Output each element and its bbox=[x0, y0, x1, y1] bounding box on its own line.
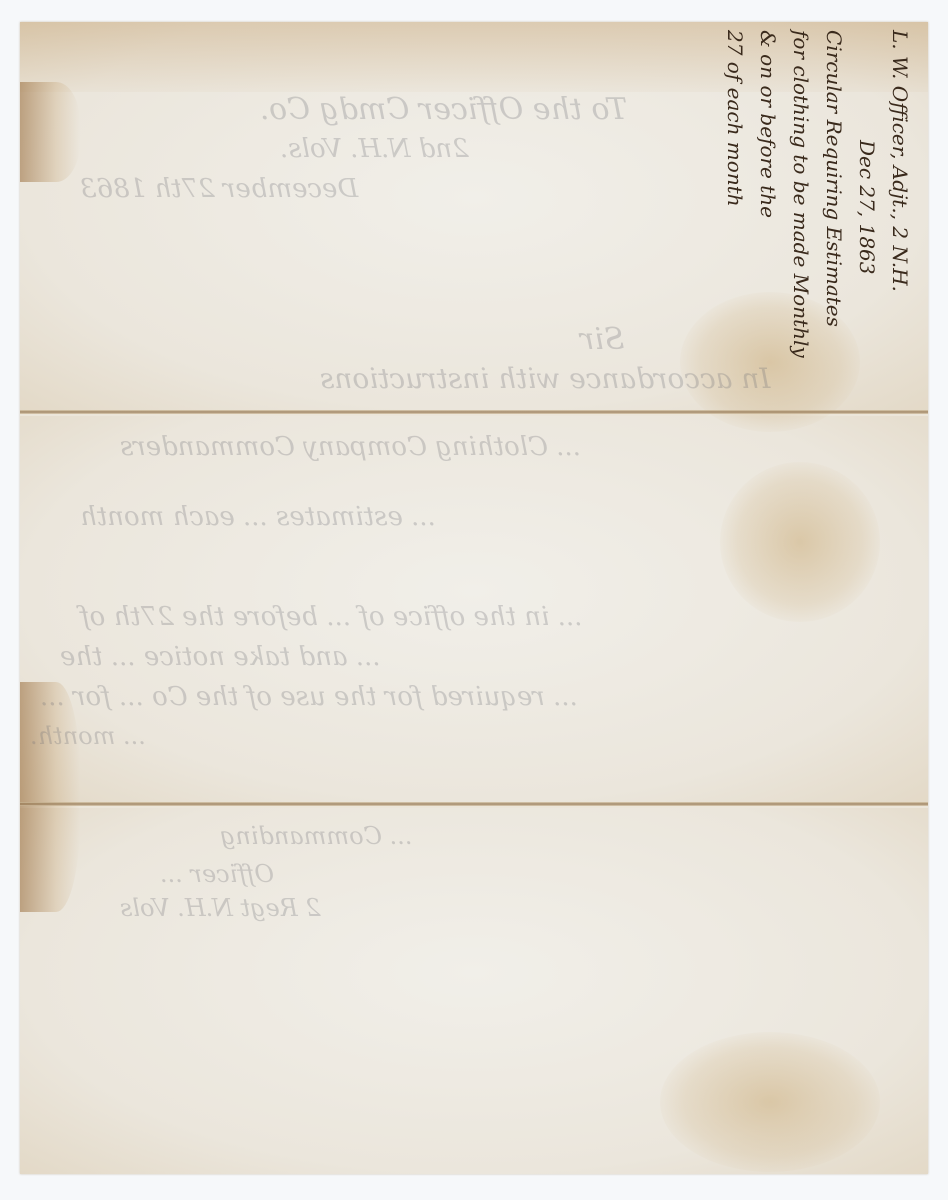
bleed-body: ... required for the use of the Co ... f… bbox=[40, 682, 578, 712]
docket-line: Circular Requiring Estimates bbox=[817, 30, 850, 390]
fold-line bbox=[20, 802, 928, 806]
docket-line: L. W. Officer, Adjt., 2 N.H. bbox=[883, 30, 916, 390]
bleed-signature: Officer ... bbox=[160, 860, 274, 888]
docket-line: & on or before the bbox=[751, 30, 784, 390]
left-edge-stain bbox=[20, 82, 80, 182]
fold-line bbox=[20, 410, 928, 414]
water-stain bbox=[720, 462, 880, 622]
docket-line: for clothing to be made Monthly bbox=[784, 30, 817, 390]
bleed-body: ... and take notice ... the bbox=[60, 642, 381, 672]
bleed-signature: ... Commanding bbox=[220, 822, 412, 850]
bleed-heading: To the Officer Cmdg Co. bbox=[260, 92, 627, 127]
bleed-body: ... estimates ... each month bbox=[80, 502, 436, 532]
bleed-signature: 2 Regt N.H. Vols bbox=[120, 894, 321, 922]
bleed-body: ... Clothing Company Commanders bbox=[120, 432, 581, 462]
bleed-heading: December 27th 1863 bbox=[80, 174, 358, 204]
bleed-body: Sir bbox=[580, 322, 625, 357]
docket-annotation: L. W. Officer, Adjt., 2 N.H. Dec 27, 186… bbox=[716, 30, 916, 390]
bleed-heading: 2nd N.H. Vols. bbox=[280, 134, 469, 164]
bleed-body: ... month. bbox=[30, 722, 146, 750]
left-edge-stain bbox=[20, 682, 80, 912]
water-stain bbox=[660, 1032, 880, 1172]
docket-date: Dec 27, 1863 bbox=[850, 30, 883, 390]
bleed-body: In accordance with instructions bbox=[320, 362, 770, 395]
bleed-body: ... in the office of ... before the 27th… bbox=[80, 602, 582, 632]
docket-line: 27 of each month bbox=[718, 30, 751, 390]
document-sheet: To the Officer Cmdg Co. 2nd N.H. Vols. D… bbox=[20, 22, 928, 1174]
